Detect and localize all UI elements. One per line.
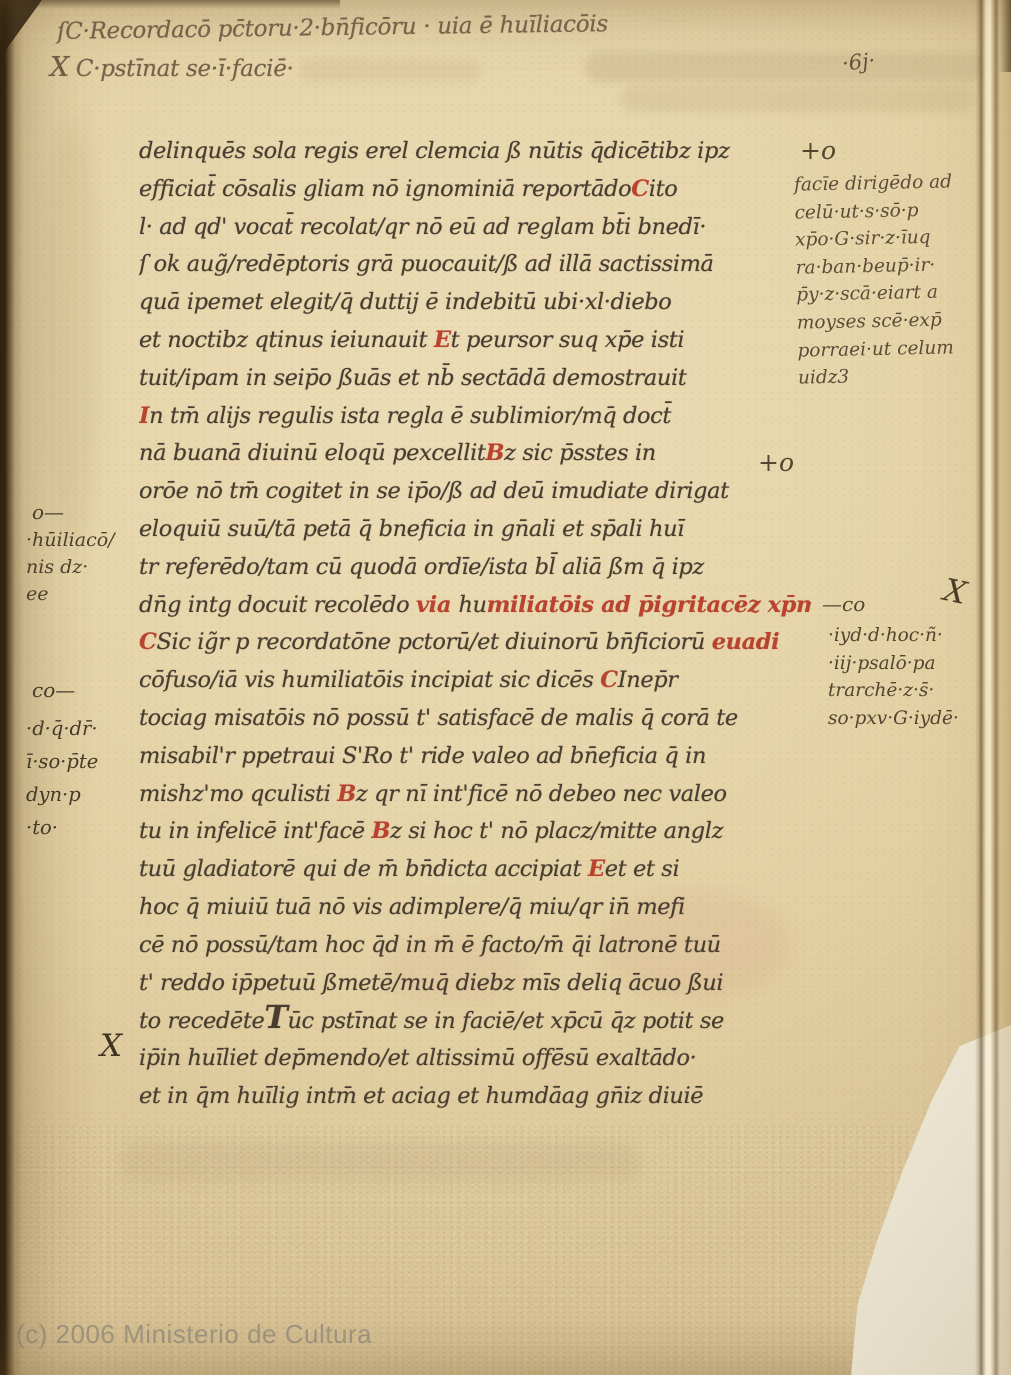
body-text: z qr nī int'ficē nō debeo nec valeo	[356, 781, 727, 807]
body-text: ip̄in huīliet dep̄mendo/et altissimū off…	[139, 1045, 696, 1071]
manuscript-page: ſC·Recordacō pc̄toru·2·bn̄ficōru · uia ē…	[0, 0, 1011, 1375]
body-text: mishz'mo qculisti	[139, 781, 337, 807]
rubric-text: miliatōis ad p̄igritacēz xp̄m	[487, 592, 811, 618]
text-line: dn̄g intg docuit recolēdo via humiliatōi…	[139, 587, 811, 625]
rubric-text: B	[486, 440, 505, 466]
x-mark-header: X	[50, 52, 69, 83]
body-text: t peursor suq xp̄e isti	[451, 327, 685, 353]
rubric-text: C	[139, 629, 157, 655]
text-line: quā ipemet elegit/q̄ duttij ē indebitū u…	[139, 284, 811, 322]
rubric-text: C	[600, 667, 618, 693]
body-text: et noctibz qtinus ieiunauit	[139, 327, 434, 353]
body-text: ūc pstīnat se in faciē/et xp̄cū q̄z poti…	[287, 1008, 724, 1034]
ink-bleedthrough	[585, 52, 985, 82]
note-line: facīe dirigēdo ad	[794, 168, 953, 199]
note-line: ·iyd·d·hoc·ñ·	[828, 622, 959, 650]
main-text: delinquēs sola regis erel clemcia ß nūti…	[139, 133, 811, 1116]
body-text: nā buanā diuinū eloqū pexcellit	[139, 440, 486, 466]
note-line: celū·ut·s·sō·p	[794, 196, 953, 227]
rubric-text: via	[416, 592, 458, 618]
body-text: hoc q̄ miuiū tuā nō vis adimplere/q̄ miu…	[139, 894, 685, 920]
text-line: misabil'r ppetraui S'Ro t' ride valeo ad…	[139, 738, 811, 776]
body-text: z si hoc t' nō placz/mitte anglz	[390, 818, 723, 844]
text-line: hoc q̄ miuiū tuā nō vis adimplere/q̄ miu…	[139, 889, 811, 927]
top-edge-shadow	[0, 0, 340, 9]
note-line: xp̄o·G·sir·z·īuq	[795, 224, 954, 255]
header-subtitle: XC·pstīnat se·ī·faciē·	[50, 52, 294, 83]
note-line: porraei·ut celum	[797, 334, 956, 365]
note-line: uidz3	[798, 361, 957, 392]
rubric-text: C	[631, 176, 649, 202]
body-text: l· ad qd' vocat̄ recolat/qr nō eū ad reg…	[139, 214, 706, 240]
rubric-text: euadi	[712, 629, 780, 655]
page-fore-edge-ridge	[975, 0, 1011, 1375]
margin-note-left-mid: ·d·q̄·dr̄·ī·so·p̄tedyn·p·to·	[26, 712, 98, 844]
text-line: t' reddo ip̄petuū ßmetē/muq̄ diebz mīs d…	[139, 965, 811, 1003]
body-text: delinquēs sola regis erel clemcia ß nūti…	[139, 138, 729, 164]
text-line: tr referēdo/tam cū quodā ordīe/ista bl̄ …	[139, 549, 811, 587]
text-line: cē nō possū/tam hoc q̄d in m̄ ē facto/m̄…	[139, 927, 811, 965]
text-line: tuū gladiatorē qui de m̄ bn̄dicta accipi…	[139, 851, 811, 889]
rubric-text: E	[434, 327, 451, 353]
text-line: et in q̄m huīlig intm̄ et aciag et humdā…	[139, 1078, 811, 1116]
header-title-text: ſC·Recordacō pc̄toru·2·bn̄ficōru · uia ē…	[57, 11, 608, 45]
note-line: ī·so·p̄te	[26, 745, 98, 778]
rubric-text: E	[588, 856, 605, 882]
body-text: quā ipemet elegit/q̄ duttij ē indebitū u…	[139, 289, 671, 315]
note-line: ·hūiliacō/	[26, 527, 115, 554]
body-text: misabil'r ppetraui S'Ro t' ride valeo ad…	[139, 743, 706, 769]
plus-o-mark: +o	[800, 136, 836, 165]
note-line: so·pxv·G·iydē·	[828, 705, 959, 733]
dark-corner-top-right	[999, 0, 1011, 72]
text-line: ip̄in huīliet dep̄mendo/et altissimū off…	[139, 1040, 811, 1078]
margin-note-right-mid: ·iyd·d·hoc·ñ··iij·psalō·patrarchē·z·s̄·s…	[828, 622, 959, 732]
body-text: to recedēte	[139, 1008, 264, 1034]
note-line: ·to·	[26, 811, 98, 844]
margin-note-left-upper: ·hūiliacō/nis dz·ee	[26, 527, 115, 608]
descender-smudge	[120, 1142, 640, 1182]
body-text: cōfuso/iā vis humiliatōis incipiat sic d…	[139, 667, 600, 693]
abbreviation-squiggle: —co	[822, 592, 865, 616]
text-line: delinquēs sola regis erel clemcia ß nūti…	[139, 133, 811, 171]
body-text: tuit/ipam in seip̄o ßuās et nb̄ sectādā …	[139, 365, 686, 391]
body-text: tr referēdo/tam cū quodā ordīe/ista bl̄ …	[139, 554, 704, 580]
text-line: tu in infelicē int'facē Bz si hoc t' nō …	[139, 813, 811, 851]
body-text: n tm̄ alijs regulis ista regla ē sublimi…	[149, 403, 671, 429]
ink-bleedthrough	[620, 86, 975, 112]
text-line: CSic ig̃r p recordatōne pctorū/et diuino…	[139, 624, 811, 662]
header-subtitle-text: C·pstīnat se·ī·faciē·	[76, 56, 294, 82]
body-text: efficiat̄ cōsalis gliam nō ignominiā rep…	[139, 176, 631, 202]
text-line: l· ad qd' vocat̄ recolat/qr nō eū ad reg…	[139, 209, 811, 247]
note-line: nis dz·	[26, 554, 115, 581]
note-line: trarchē·z·s̄·	[828, 677, 959, 705]
abbreviation-squiggle: co—	[32, 678, 75, 702]
text-line: tociag misatōis nō possū t' satisfacē de…	[139, 700, 811, 738]
margin-stain	[42, 120, 102, 550]
note-line: ·d·q̄·dr̄·	[26, 712, 98, 745]
rubric-text: B	[371, 818, 390, 844]
ink-bleedthrough	[300, 60, 480, 82]
note-line: ·iij·psalō·pa	[828, 650, 959, 678]
body-text: hu	[458, 592, 486, 618]
body-text: tuū gladiatorē qui de m̄ bn̄dicta accipi…	[139, 856, 588, 882]
text-line: et noctibz qtinus ieiunauit Et peursor s…	[139, 322, 811, 360]
text-line: ſ ok aug̃/redēptoris grā puocauit/ß ad i…	[139, 246, 811, 284]
text-line: tuit/ipam in seip̄o ßuās et nb̄ sectādā …	[139, 360, 811, 398]
body-text: eloquiū suū/tā petā q̄ bneficia in gn̄al…	[139, 516, 684, 542]
note-line: dyn·p	[26, 778, 98, 811]
body-text: tociag misatōis nō possū t' satisfacē de…	[139, 705, 738, 731]
book-binding-edge	[0, 0, 28, 1375]
text-line: mishz'mo qculisti Bz qr nī int'ficē nō d…	[139, 776, 811, 814]
rubric-text: I	[139, 403, 149, 429]
margin-note-right-top: facīe dirigēdo adcelū·ut·s·sō·pxp̄o·G·si…	[794, 168, 957, 392]
text-line: In tm̄ alijs regulis ista regla ē sublim…	[139, 398, 811, 436]
body-text: Sic ig̃r p recordatōne pctorū/et diuinor…	[157, 629, 712, 655]
text-line: eloquiū suū/tā petā q̄ bneficia in gn̄al…	[139, 511, 811, 549]
folio-number: ·6j·	[841, 48, 877, 75]
underlying-page-corner	[851, 1025, 1011, 1375]
body-text: et et si	[605, 856, 680, 882]
text-line: cōfuso/iā vis humiliatōis incipiat sic d…	[139, 662, 811, 700]
body-text: T	[264, 999, 287, 1036]
header-title: ſC·Recordacō pc̄toru·2·bn̄ficōru · uia ē…	[57, 11, 608, 45]
plus-o-mark: +o	[758, 448, 794, 477]
x-mark: X	[100, 1028, 122, 1064]
note-line: moyses scē·exp̄	[797, 306, 956, 337]
text-line: efficiat̄ cōsalis gliam nō ignominiā rep…	[139, 171, 811, 209]
copyright-watermark: (c) 2006 Ministerio de Cultura	[16, 1319, 372, 1350]
body-text: ſ ok aug̃/redēptoris grā puocauit/ß ad i…	[139, 251, 714, 277]
rubric-text: B	[337, 781, 356, 807]
dark-corner-top-left	[0, 0, 42, 58]
body-text: et in q̄m huīlig intm̄ et aciag et humdā…	[139, 1083, 703, 1109]
x-mark: X	[940, 572, 969, 612]
text-line: orōe nō tm̄ cogitet in se ip̄o/ß ad deū …	[139, 473, 811, 511]
abbreviation-squiggle: o—	[32, 500, 64, 524]
note-line: p̄y·z·scā·eiart a	[796, 279, 955, 310]
text-line: to recedēteTūc pstīnat se in faciē/et xp…	[139, 1002, 811, 1040]
body-text: dn̄g intg docuit recolēdo	[139, 592, 416, 618]
body-text: tu in infelicē int'facē	[139, 818, 371, 844]
body-text: z sic p̄sstes in	[504, 440, 656, 466]
text-line: nā buanā diuinū eloqū pexcellitBz sic p̄…	[139, 435, 811, 473]
body-text: cē nō possū/tam hoc q̄d in m̄ ē facto/m̄…	[139, 932, 721, 958]
body-text: Inep̄r	[618, 667, 678, 693]
note-line: ee	[26, 581, 115, 608]
body-text: ito	[649, 176, 678, 202]
body-text: orōe nō tm̄ cogitet in se ip̄o/ß ad deū …	[139, 478, 729, 504]
note-line: ra·ban·beup̄·ir·	[795, 251, 954, 282]
body-text: t' reddo ip̄petuū ßmetē/muq̄ diebz mīs d…	[139, 970, 723, 996]
